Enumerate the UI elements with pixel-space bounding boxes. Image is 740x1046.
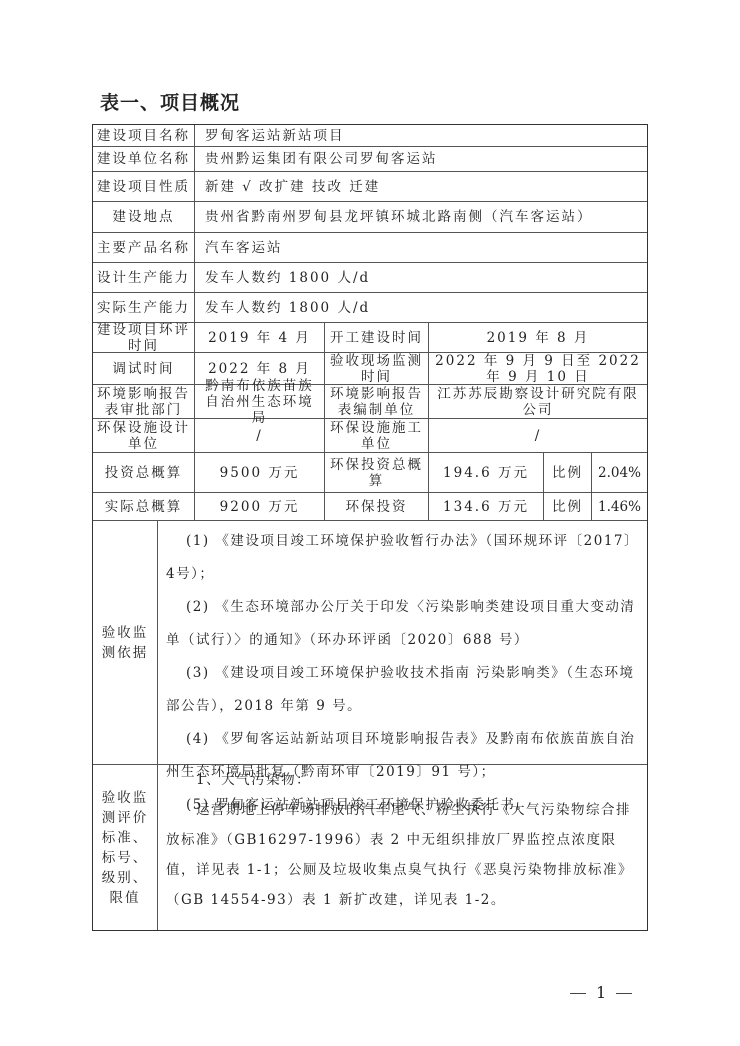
page-number: 1 [560,983,642,1002]
field-value: / [429,419,647,452]
field-value: 汽车客运站 [195,233,647,262]
field-label: 环保投资总概算 [325,453,429,492]
field-label: 建设项目环评时间 [93,323,195,352]
field-label: 调试时间 [93,353,195,384]
field-label: 建设地点 [93,202,195,232]
table-row: 投资总概算 9500 万元 环保投资总概算 194.6 万元 比例 2.04% [93,453,647,493]
field-label: 主要产品名称 [93,233,195,262]
page-number-value: 1 [596,983,606,1002]
table-row: 建设项目名称 罗甸客运站新站项目 [93,125,647,147]
standards-heading: 1、大气污染物： [166,765,639,795]
field-label: 建设单位名称 [93,147,195,171]
ratio-label: 比例 [544,493,592,520]
ratio-value: 2.04% [592,453,647,492]
field-value: 新建 √ 改扩建 技改 迁建 [195,172,647,201]
field-value: 江苏苏辰勘察设计研究院有限公司 [429,385,647,418]
field-label: 设计生产能力 [93,263,195,292]
basis-item: (1) 《建设项目竣工环境保护验收暂行办法》（国环规环评〔2017〕4号）； [166,525,639,591]
field-label: 开工建设时间 [325,323,429,352]
project-overview-table: 建设项目名称 罗甸客运站新站项目 建设单位名称 贵州黔运集团有限公司罗甸客运站 … [92,124,648,931]
ratio-value: 1.46% [592,493,647,520]
table-row: 建设项目环评时间 2019 年 4 月 开工建设时间 2019 年 8 月 [93,323,647,353]
table-row: 建设地点 贵州省黔南州罗甸县龙坪镇环城北路南侧（汽车客运站） [93,202,647,233]
field-label: 环境影响报告表审批部门 [93,385,195,418]
table-row: 建设单位名称 贵州黔运集团有限公司罗甸客运站 [93,147,647,172]
field-label: 建设项目性质 [93,172,195,201]
field-value: 134.6 万元 [429,493,544,520]
field-value: 罗甸客运站新站项目 [195,125,647,146]
table-row: 建设项目性质 新建 √ 改扩建 技改 迁建 [93,172,647,202]
field-value: 9200 万元 [195,493,325,520]
field-label: 实际生产能力 [93,293,195,322]
basis-label: 验收监测依据 [93,521,158,764]
field-value: 贵州省黔南州罗甸县龙坪镇环城北路南侧（汽车客运站） [195,202,647,232]
table-row: 设计生产能力 发车人数约 1800 人/d [93,263,647,293]
basis-content: (1) 《建设项目竣工环境保护验收暂行办法》（国环规环评〔2017〕4号）； (… [158,521,647,764]
field-value: 2022 年 9 月 9 日至 2022 年 9 月 10 日 [429,353,647,384]
field-label: 环保设施施工单位 [325,419,429,452]
basis-item: (2) 《生态环境部办公厅关于印发〈污染影响类建设项目重大变动清单（试行）〉的通… [166,591,639,657]
field-value: 贵州黔运集团有限公司罗甸客运站 [195,147,647,171]
table-row-standards: 验收监测评价标准、标号、级别、限值 1、大气污染物： 运营期地上停车场排放的汽车… [93,765,647,930]
field-value: 2019 年 4 月 [195,323,325,352]
field-label: 建设项目名称 [93,125,195,146]
table-row: 实际总概算 9200 万元 环保投资 134.6 万元 比例 1.46% [93,493,647,521]
field-value: 9500 万元 [195,453,325,492]
standards-content: 1、大气污染物： 运营期地上停车场排放的汽车尾气、粉尘执行《大气污染物综合排放标… [158,765,647,930]
page-title: 表一、项目概况 [100,88,240,115]
field-label: 环保投资 [325,493,429,520]
field-value: 黔南布依族苗族自治州生态环境局 [195,385,325,418]
table-row: 实际生产能力 发车人数约 1800 人/d [93,293,647,323]
ratio-label: 比例 [544,453,592,492]
field-value: 发车人数约 1800 人/d [195,263,647,292]
field-value: 2019 年 8 月 [429,323,647,352]
table-row: 主要产品名称 汽车客运站 [93,233,647,263]
table-row-basis: 验收监测依据 (1) 《建设项目竣工环境保护验收暂行办法》（国环规环评〔2017… [93,521,647,765]
field-value: 发车人数约 1800 人/d [195,293,647,322]
field-label: 环保设施设计单位 [93,419,195,452]
standards-label: 验收监测评价标准、标号、级别、限值 [93,765,158,930]
field-value: 194.6 万元 [429,453,544,492]
table-row: 环境影响报告表审批部门 黔南布依族苗族自治州生态环境局 环境影响报告表编制单位 … [93,385,647,419]
dash-decoration [616,993,632,995]
table-row: 环保设施设计单位 / 环保设施施工单位 / [93,419,647,453]
standards-text: 运营期地上停车场排放的汽车尾气、粉尘执行《大气污染物综合排放标准》（GB1629… [166,795,639,915]
field-value: / [195,419,325,452]
table-row: 调试时间 2022 年 8 月 验收现场监测时间 2022 年 9 月 9 日至… [93,353,647,385]
field-label: 投资总概算 [93,453,195,492]
field-label: 环境影响报告表编制单位 [325,385,429,418]
field-label: 实际总概算 [93,493,195,520]
basis-item: (3) 《建设项目竣工环境保护验收技术指南 污染影响类》（生态环境部公告），20… [166,657,639,723]
field-label: 验收现场监测时间 [325,353,429,384]
dash-decoration [570,993,586,995]
